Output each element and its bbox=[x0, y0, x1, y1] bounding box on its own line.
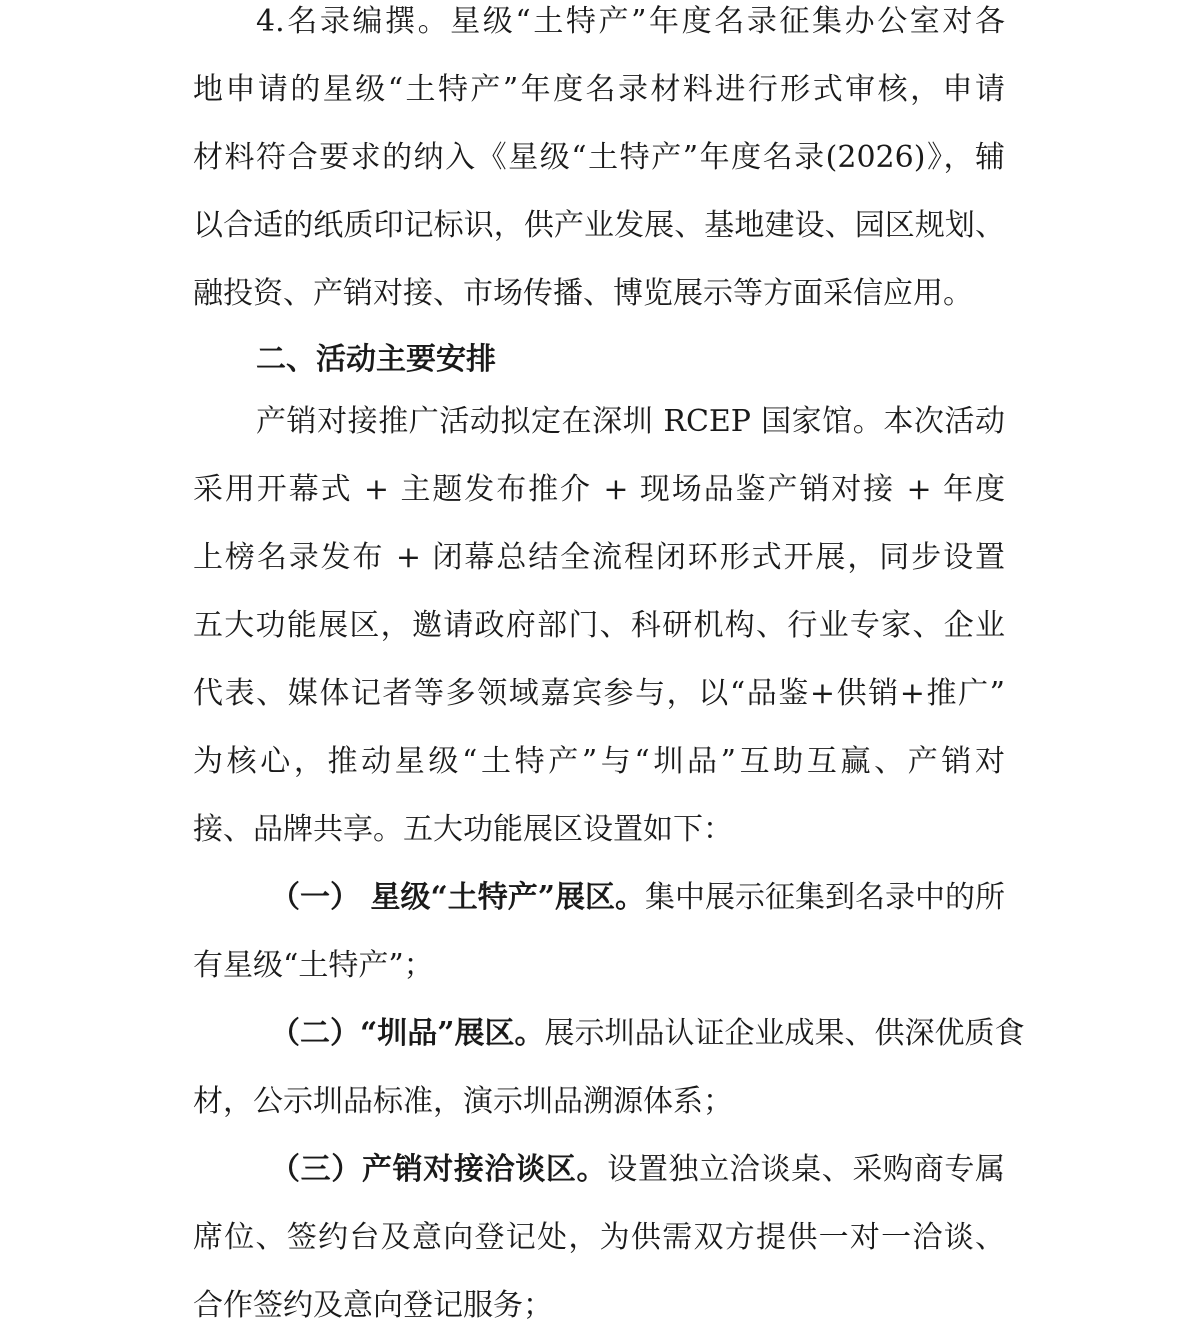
paragraph-line: 采用开幕式 + 主题发布推介 + 现场品鉴产销对接 + 年度 bbox=[193, 472, 1005, 508]
zone-item-1: （一） 星级“土特产”展区。集中展示征集到名录中的所 bbox=[270, 880, 1005, 916]
paragraph-line: 代表、媒体记者等多领域嘉宾参与，以“品鉴+供销+推广” bbox=[193, 676, 1005, 712]
paragraph-line: 接、品牌共享。五大功能展区设置如下： bbox=[193, 812, 1005, 848]
paragraph-line: 为核心，推动星级“土特产”与“圳品”互助互赢、产销对 bbox=[193, 744, 1005, 780]
zone-item-2: （二）“圳品”展区。展示圳品认证企业成果、供深优质食 bbox=[270, 1016, 1005, 1052]
paragraph-line: 以合适的纸质印记标识，供产业发展、基地建设、园区规划、 bbox=[193, 208, 1005, 244]
paragraph-line: 地申请的星级“土特产”年度名录材料进行形式审核，申请 bbox=[193, 72, 1005, 108]
paragraph-line: 合作签约及意向登记服务； bbox=[193, 1288, 1005, 1324]
zone-description: 集中展示征集到名录中的所 bbox=[645, 880, 1005, 915]
paragraph-line: 有星级“土特产”； bbox=[193, 948, 1005, 984]
zone-item-3: （三）产销对接洽谈区。设置独立洽谈桌、采购商专属 bbox=[270, 1152, 1005, 1188]
paragraph-line: 产销对接推广活动拟定在深圳 RCEP 国家馆。本次活动 bbox=[256, 404, 1005, 440]
paragraph-line: 材，公示圳品标准，演示圳品溯源体系； bbox=[193, 1084, 1005, 1120]
zone-title: （一） 星级“土特产”展区。 bbox=[270, 880, 645, 915]
zone-description: 设置独立洽谈桌、采购商专属 bbox=[607, 1152, 1005, 1187]
zone-title: （二）“圳品”展区。 bbox=[270, 1016, 545, 1051]
paragraph-line: 融投资、产销对接、市场传播、博览展示等方面采信应用。 bbox=[193, 276, 1005, 312]
zone-description: 展示圳品认证企业成果、供深优质食 bbox=[545, 1016, 1025, 1051]
paragraph-line: 4.名录编撰。星级“土特产”年度名录征集办公室对各 bbox=[256, 4, 1005, 40]
zone-title: （三）产销对接洽谈区。 bbox=[270, 1152, 607, 1187]
paragraph-line: 上榜名录发布 + 闭幕总结全流程闭环形式开展，同步设置 bbox=[193, 540, 1005, 576]
paragraph-line: 五大功能展区，邀请政府部门、科研机构、行业专家、企业 bbox=[193, 608, 1005, 644]
section-heading: 二、活动主要安排 bbox=[256, 342, 1005, 378]
paragraph-line: 材料符合要求的纳入《星级“土特产”年度名录(2026)》，辅 bbox=[193, 140, 1005, 176]
document-page: 4.名录编撰。星级“土特产”年度名录征集办公室对各 地申请的星级“土特产”年度名… bbox=[0, 0, 1190, 1324]
paragraph-line: 席位、签约台及意向登记处，为供需双方提供一对一洽谈、 bbox=[193, 1220, 1005, 1256]
